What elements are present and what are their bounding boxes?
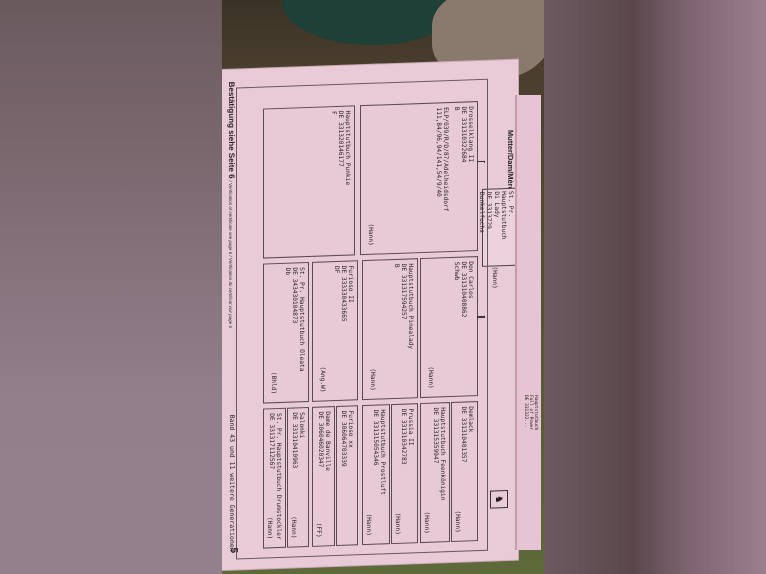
gen3-top-tag: (Hann) bbox=[491, 266, 498, 289]
gen3-breed-tag: (Hann) bbox=[427, 366, 434, 389]
gen4-id: DE 331315054346 bbox=[372, 410, 379, 540]
blurred-background-right bbox=[544, 0, 766, 574]
gen3-id: DE 333330433665 bbox=[340, 266, 347, 396]
adjacent-name: Full of Power bbox=[528, 395, 533, 495]
gen4-name: Dame de Banville bbox=[324, 411, 331, 541]
adjacent-id: DE 331322... bbox=[523, 395, 528, 495]
horse-head-icon: ♞ bbox=[490, 490, 508, 509]
gen3-color: DF bbox=[332, 266, 339, 396]
gen4-breed-tag: (FF) bbox=[315, 523, 322, 538]
gen4-box: Prussia II DE 331310342783 (Hann) bbox=[391, 403, 418, 544]
gen4-breed-tag: (Hann) bbox=[365, 513, 372, 536]
gen3-box: Don Carlos DE 331310408862 Schwb (Hann) bbox=[420, 256, 478, 398]
gen4-box: Hauptstutbuch Prostluft DE 331315054346 … bbox=[362, 404, 390, 545]
gen2-breed-tag: (Hann) bbox=[367, 223, 374, 246]
gen4-name: Demlack bbox=[467, 406, 474, 536]
gen3-color: Db bbox=[283, 268, 290, 398]
gen4-box: Hauptstutbuch Feenkönigin DE 33131535994… bbox=[420, 402, 450, 543]
gen3-name: Don Carlos bbox=[467, 261, 474, 391]
gen4-name: Hauptstutbuch Prostluft bbox=[379, 409, 386, 539]
gen2-name: Drosselklang II bbox=[467, 106, 474, 246]
gen2-id: DE 331320146177 bbox=[337, 111, 344, 251]
gen4-name: Salonki bbox=[298, 412, 305, 542]
gen3-breed-tag: (Hann) bbox=[369, 368, 376, 391]
page-number: 5 bbox=[230, 547, 237, 553]
verification-note: Bestätigung siehe Seite 6 / Verification… bbox=[227, 82, 235, 329]
gen4-id: DE 331315359947 bbox=[432, 407, 439, 537]
gen3-box: Furioso II DE 333330433665 DF (Ang.W) bbox=[312, 260, 358, 402]
pedigree-page: Mutter/Dam/Mère St. Pr. Hauptstutbuch Di… bbox=[222, 60, 518, 570]
gen4-name: Hauptstutbuch Feenkönigin bbox=[439, 407, 446, 537]
gen2-color: F bbox=[329, 111, 336, 251]
gen3-id: DE 343430104873 bbox=[291, 267, 298, 397]
verification-bold: Bestätigung siehe Seite 6 bbox=[227, 82, 236, 179]
adjacent-studbook: Hauptstutbuch bbox=[533, 395, 538, 495]
gen3-breed-tag: (Ang.W) bbox=[319, 366, 326, 392]
pedigree-document-rotated: Mutter/Dam/Mère St. Pr. Hauptstutbuch Di… bbox=[222, 60, 518, 570]
gen4-breed-tag: (Hann) bbox=[394, 512, 401, 535]
gen2-performance: ELP/039/R/D/87/Adelheidsdorf 111,84/96,9… bbox=[435, 107, 449, 228]
gen4-box: Dame de Banville DE 306046020347 (FF) bbox=[312, 406, 335, 547]
gen4-box: Salonki DE 331310410963 (Hann) bbox=[287, 407, 309, 548]
gen2-box-dam: Hauptstutbuch Punkie DE 331320146177 F bbox=[263, 105, 355, 258]
gen3-color: B bbox=[392, 264, 399, 394]
gen4-box: St. Pr. Hauptstutbuch Drumstockler DE 33… bbox=[263, 408, 286, 549]
connector bbox=[477, 316, 485, 318]
gen4-name: Prussia II bbox=[407, 408, 414, 538]
gen2-id: DE 331310322684 bbox=[460, 106, 467, 246]
gen4-breed-tag: (Hann) bbox=[423, 511, 430, 534]
blurred-background-left bbox=[0, 0, 222, 574]
gen3-name: Hauptstutbuch Pinealady bbox=[407, 263, 414, 393]
gen4-breed-tag: (Hann) bbox=[290, 516, 297, 539]
gen3-name: Furioso II bbox=[347, 265, 354, 395]
gen2-color: B bbox=[452, 107, 459, 247]
connector bbox=[477, 161, 485, 163]
photo-scene: Mutter/Dam/Mère St. Pr. Hauptstutbuch Di… bbox=[222, 0, 544, 574]
dam-heading: Mutter/Dam/Mère bbox=[507, 130, 514, 191]
gen4-name: Furioso xx bbox=[347, 410, 354, 540]
dam-studbook: St. Pr. Hauptstutbuch bbox=[500, 191, 514, 264]
gen2-box-sire: Drosselklang II DE 331310322684 B ELP/03… bbox=[360, 101, 478, 255]
verification-small: / Verification of certificate see page 6… bbox=[228, 180, 233, 328]
gen3-id: DE 331310408862 bbox=[460, 261, 467, 391]
adjacent-page-box: Hauptstutbuch Full of Power DE 331322... bbox=[518, 395, 538, 495]
gen4-id: DE 306064703339 bbox=[340, 411, 347, 541]
gen4-breed-tag: (Hann) bbox=[266, 517, 273, 540]
gen3-box: Hauptstutbuch Pinealady DE 331317594257 … bbox=[362, 258, 418, 400]
gen3-name: St. Pr. Hauptstutbuch Oleata bbox=[298, 267, 305, 397]
gen4-box: Furioso xx DE 306064703339 bbox=[336, 405, 358, 546]
gen3-breed-tag: (Bhld) bbox=[270, 372, 277, 395]
gen2-name: Hauptstutbuch Punkie bbox=[344, 110, 351, 250]
gen3-box: St. Pr. Hauptstutbuch Oleata DE 34343010… bbox=[263, 262, 309, 404]
gen4-name: St. Pr. Hauptstutbuch Drumstockler bbox=[275, 413, 282, 543]
gen3-id: DE 331317594257 bbox=[400, 264, 407, 394]
gen4-box: Demlack DE 331310401357 (Hann) bbox=[451, 401, 478, 542]
gen4-breed-tag: (Hann) bbox=[454, 510, 461, 533]
dam-name: Di Lady bbox=[492, 191, 499, 263]
gen3-color: Schwb bbox=[452, 262, 459, 392]
generations-note: Band 43 und 11 weitere Generationen bbox=[228, 415, 235, 552]
